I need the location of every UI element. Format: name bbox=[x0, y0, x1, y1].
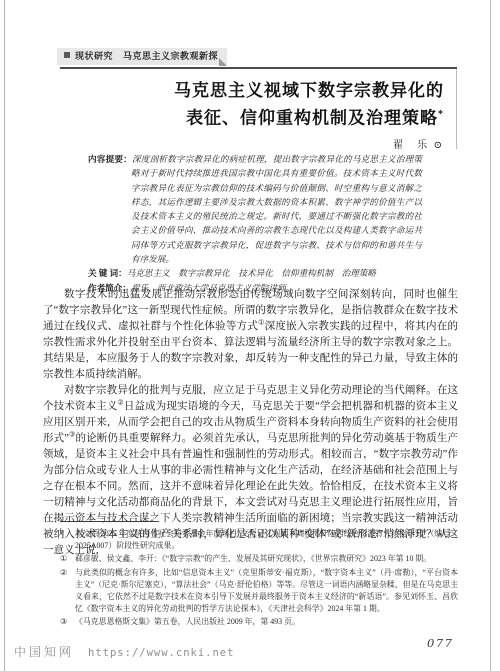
author-mark-icon: ⊙ bbox=[434, 140, 442, 151]
keywords-label: 关 键 词： bbox=[88, 268, 127, 278]
footnote-rule bbox=[60, 521, 156, 522]
page-number: 077 bbox=[427, 636, 453, 650]
footnote-text: 本文系 2025 年度陕西省社会科学基金年度项目“文化记忆视阈下高校提升陕西红色… bbox=[75, 529, 458, 550]
footnote-block: *本文系 2025 年度陕西省社会科学基金年度项目“文化记忆视阈下高校提升陕西红… bbox=[60, 528, 458, 630]
cnki-watermark: 中国知网https://www.cnki.net bbox=[14, 643, 234, 661]
footnote-item: ①郗彦敏、侯文鑫、李开：《“数字宗教”的产生、发展及其研究现状》，《世界宗教研究… bbox=[60, 553, 458, 565]
abstract: 内容提要：深度剖析数字宗教异化的病症机理，提出数字宗教异化的马克思主义治理策略对… bbox=[88, 152, 422, 266]
body-paragraph: 数字技术的迅猛发展正推动宗教形态由传统场域向数字空间深刻转向，同时也催生了“数字… bbox=[43, 287, 458, 383]
footnote-text: 《马克思恩格斯文集》第五卷，人民出版社 2009 年，第 493 页。 bbox=[75, 617, 300, 626]
footnote-text: 与此类似的概念有许多，比如“信息资本主义”（克里斯蒂安·福克斯），“数字资本主义… bbox=[75, 568, 458, 614]
article-title-line1: 马克思主义视域下数字宗教异化的 bbox=[174, 79, 444, 103]
section-header-tab: 现状研究马克思主义宗教观新探 bbox=[57, 48, 227, 65]
footnote-marker: ② bbox=[60, 567, 75, 579]
article-title-line2-text: 表征、信仰重构机制及治理策略 bbox=[186, 109, 438, 128]
footnote-item: ②与此类似的概念有许多，比如“信息资本主义”（克里斯蒂安·福克斯），“数字资本主… bbox=[60, 567, 458, 616]
author-line: 翟 乐 ⊙ bbox=[393, 136, 442, 151]
abstract-label: 内容提要： bbox=[88, 154, 132, 164]
footnote-marker: * bbox=[60, 528, 75, 540]
header-column-label: 马克思主义宗教观新探 bbox=[123, 51, 218, 61]
author-name: 翟 乐 bbox=[393, 140, 429, 151]
meta-block: 内容提要：深度剖析数字宗教异化的病症机理，提出数字宗教异化的马克思主义治理策略对… bbox=[88, 152, 422, 295]
keywords: 关 键 词：马克思主义 数字宗教异化 技术异化 信仰重构机制 治理策略 bbox=[88, 266, 422, 280]
footnote-item: *本文系 2025 年度陕西省社会科学基金年度项目“文化记忆视阈下高校提升陕西红… bbox=[60, 528, 458, 552]
article-title-line2: 表征、信仰重构机制及治理策略* bbox=[174, 103, 444, 131]
header-rule bbox=[60, 67, 457, 69]
article-title: 马克思主义视域下数字宗教异化的 表征、信仰重构机制及治理策略* bbox=[174, 79, 444, 131]
watermark-url: https://www.cnki.net bbox=[88, 647, 234, 659]
footnote-text: 郗彦敏、侯文鑫、李开：《“数字宗教”的产生、发展及其研究现状》，《世界宗教研究》… bbox=[75, 554, 431, 563]
footnote-marker: ③ bbox=[60, 616, 75, 628]
body-paragraphs: 数字技术的迅猛发展正推动宗教形态由传统场域向数字空间深刻转向，同时也催生了“数字… bbox=[43, 287, 458, 559]
title-right-tick bbox=[456, 69, 457, 149]
watermark-cnki-label: 中国知网 bbox=[14, 645, 74, 659]
square-bullet-icon bbox=[64, 52, 70, 58]
title-footnote-mark: * bbox=[438, 109, 444, 120]
header-section-label: 现状研究 bbox=[75, 51, 113, 61]
keywords-text: 马克思主义 数字宗教异化 技术异化 信仰重构机制 治理策略 bbox=[127, 268, 376, 278]
abstract-text: 深度剖析数字宗教异化的病症机理，提出数字宗教异化的马克思主义治理策略对于新时代持… bbox=[131, 154, 422, 264]
footnote-item: ③《马克思恩格斯文集》第五卷，人民出版社 2009 年，第 493 页。 bbox=[60, 616, 458, 628]
footnote-marker: ① bbox=[60, 553, 75, 565]
